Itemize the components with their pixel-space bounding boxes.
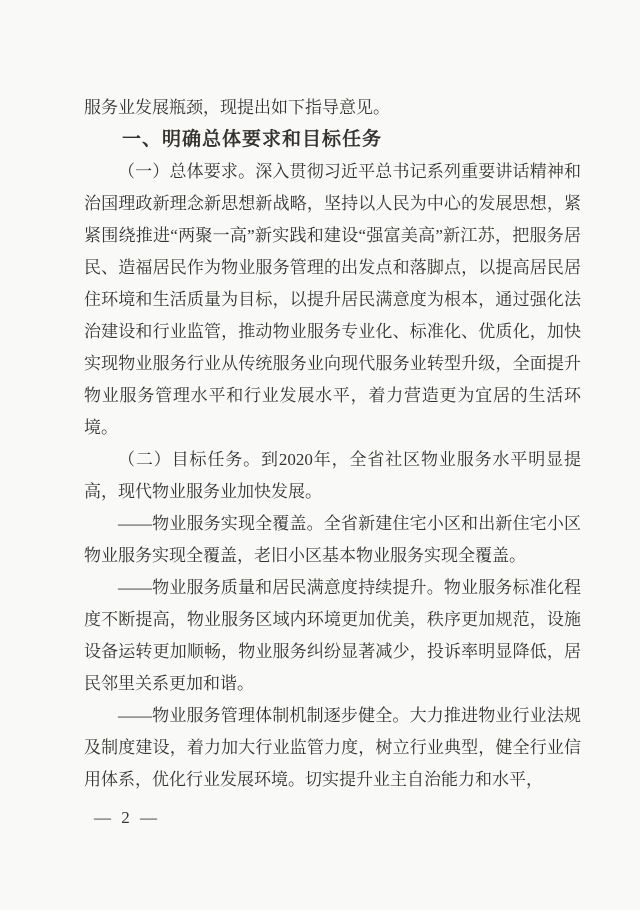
paragraph-lead: （二）目标任务。 <box>118 450 261 469</box>
paragraph-lead: ——物业服务实现全覆盖。 <box>118 514 324 533</box>
paragraph-text: 服务业发展瓶颈，现提出如下指导意见。 <box>84 98 390 117</box>
paragraph: 服务业发展瓶颈，现提出如下指导意见。 <box>84 92 581 124</box>
paragraph: （二）目标任务。到2020年，全省社区物业服务水平明显提高，现代物业服务业加快发… <box>84 444 581 508</box>
paragraph: ——物业服务质量和居民满意度持续提升。物业服务标准化程度不断提高，物业服务区域内… <box>84 572 581 700</box>
paragraph-lead: （一）总体要求。 <box>118 162 255 181</box>
section-heading: 一、明确总体要求和目标任务 <box>84 124 581 156</box>
paragraph-lead: ——物业服务管理体制机制逐步健全。 <box>118 706 410 725</box>
paragraph-lead: ——物业服务质量和居民满意度持续提升。 <box>118 578 444 597</box>
paragraph-text: 一、明确总体要求和目标任务 <box>122 129 382 150</box>
document-body: 服务业发展瓶颈，现提出如下指导意见。一、明确总体要求和目标任务（一）总体要求。深… <box>84 92 581 796</box>
document-page: 服务业发展瓶颈，现提出如下指导意见。一、明确总体要求和目标任务（一）总体要求。深… <box>0 0 640 910</box>
paragraph: （一）总体要求。深入贯彻习近平总书记系列重要讲话精神和治国理政新理念新思想新战略… <box>84 156 581 444</box>
paragraph: ——物业服务实现全覆盖。全省新建住宅小区和出新住宅小区物业服务实现全覆盖，老旧小… <box>84 508 581 572</box>
paragraph-text: 深入贯彻习近平总书记系列重要讲话精神和治国理政新理念新思想新战略，坚持以人民为中… <box>84 162 581 437</box>
page-number: — 2 — <box>94 808 160 828</box>
paragraph: ——物业服务管理体制机制逐步健全。大力推进物业行业法规及制度建设，着力加大行业监… <box>84 700 581 796</box>
